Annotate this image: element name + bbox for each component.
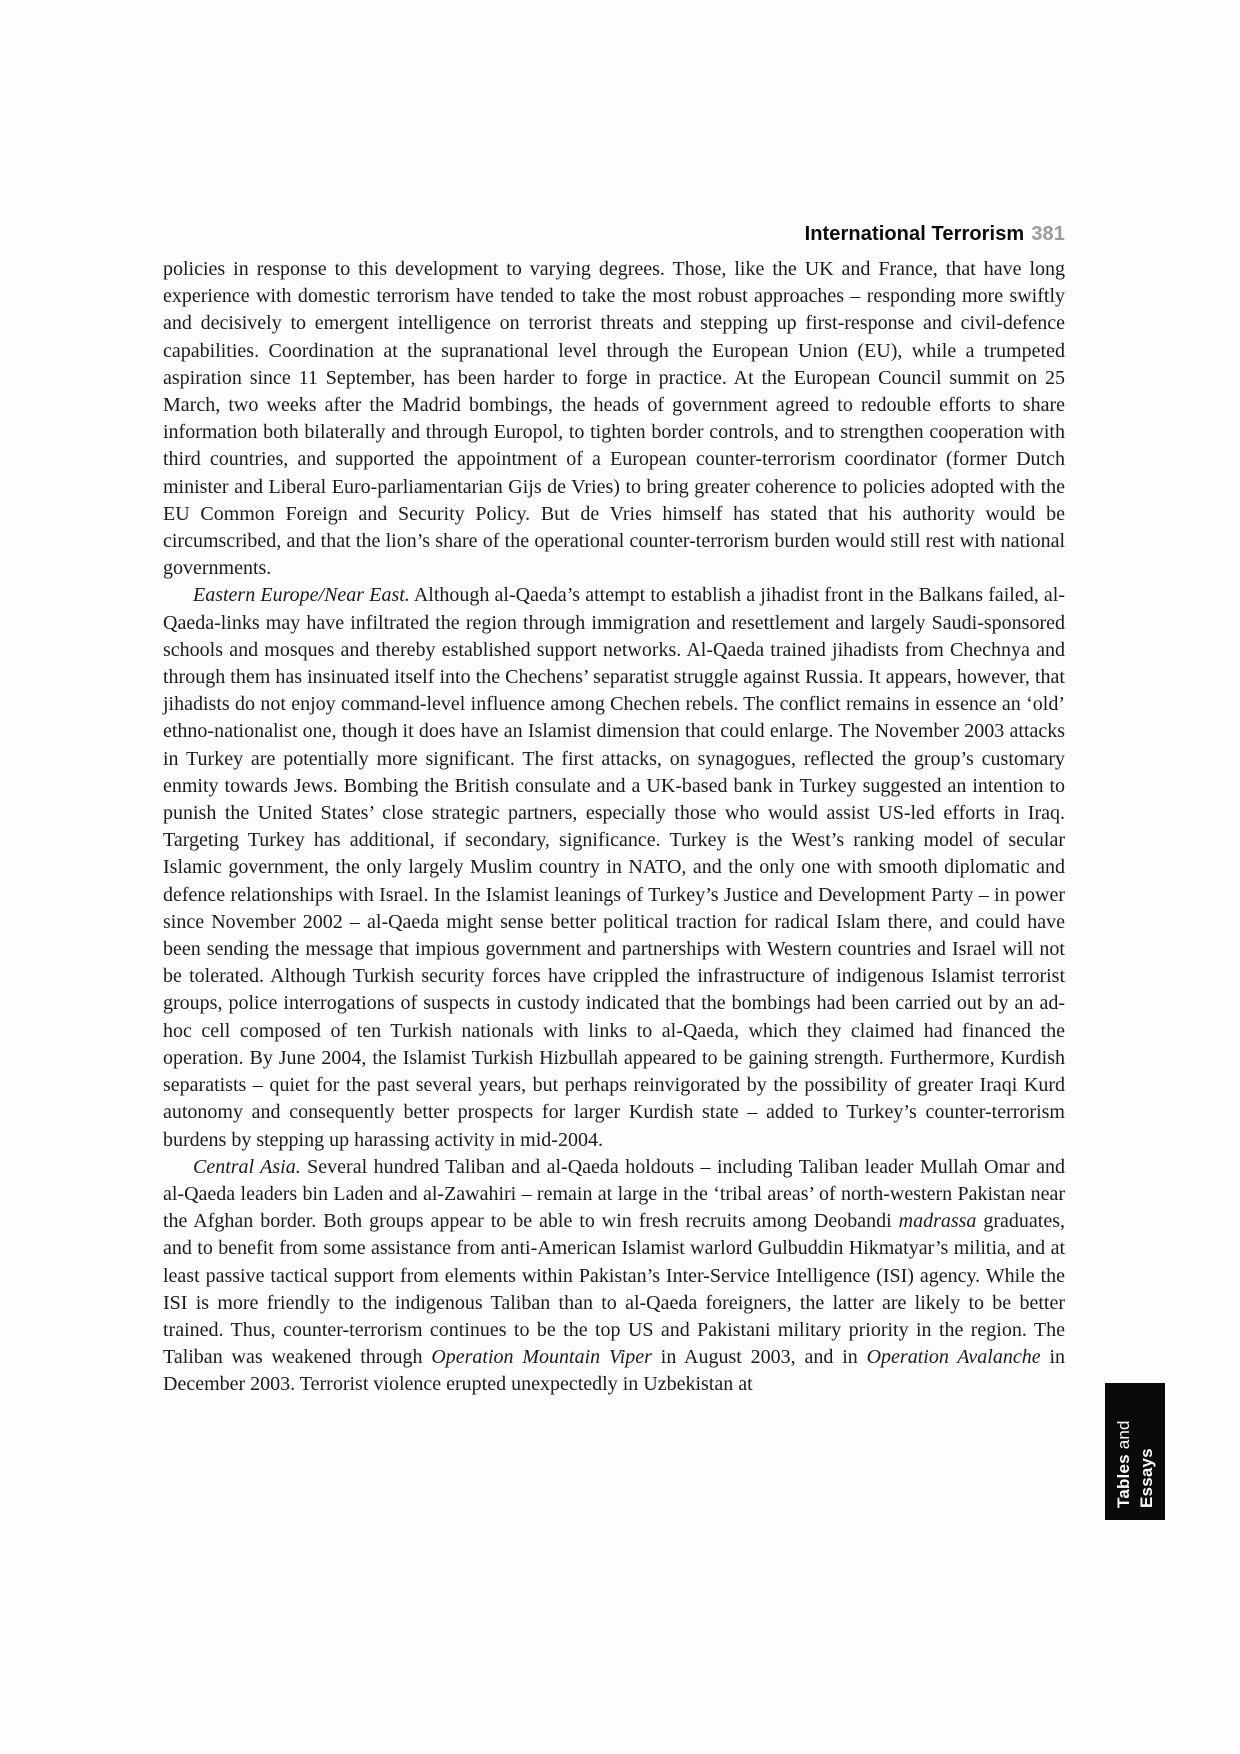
paragraph: Central Asia. Several hundred Taliban an… <box>163 1154 1065 1399</box>
running-header: International Terrorism381 <box>163 222 1065 246</box>
running-header-title: International Terrorism <box>805 223 1025 245</box>
section-tab-text: Tables andEssays <box>1105 1383 1165 1520</box>
paragraph: Eastern Europe/Near East. Although al-Qa… <box>163 582 1065 1153</box>
page-number: 381 <box>1031 223 1065 245</box>
paragraph: policies in response to this development… <box>163 256 1065 582</box>
body-text: policies in response to this development… <box>163 256 1065 1399</box>
book-page-column: International Terrorism381 policies in r… <box>163 222 1065 1399</box>
section-tab: Tables andEssays <box>1105 1383 1165 1520</box>
